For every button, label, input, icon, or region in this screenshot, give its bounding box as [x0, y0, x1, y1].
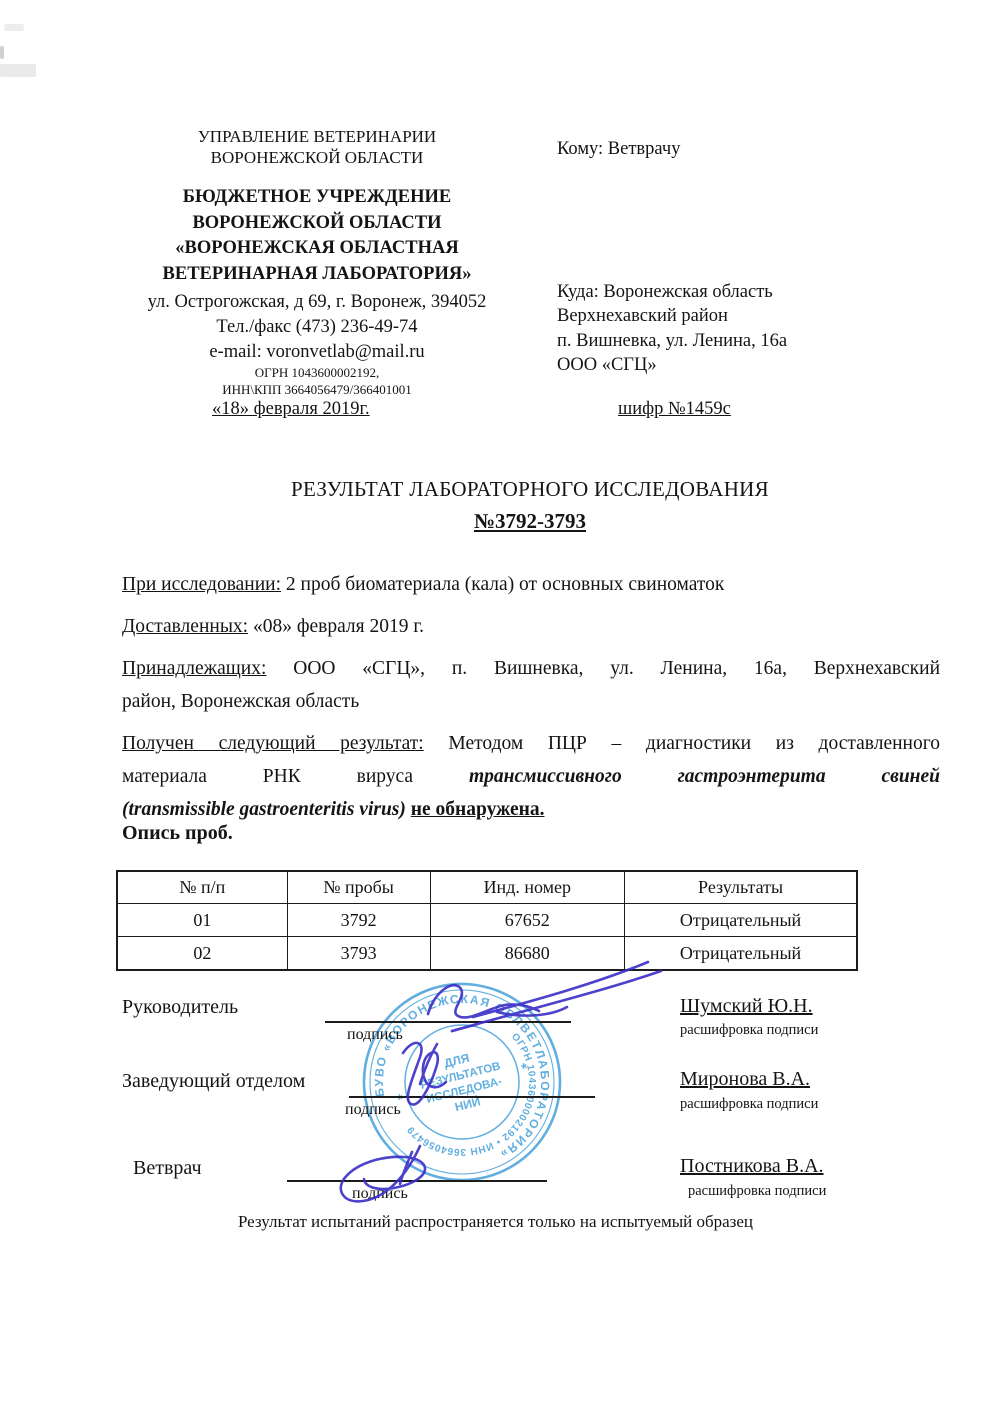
scan-artifact: [0, 46, 4, 59]
cell-ind: 86680: [430, 937, 625, 971]
organization-name: БЮДЖЕТНОЕ УЧРЕЖДЕНИЕ ВОРОНЕЖСКОЙ ОБЛАСТИ…: [112, 185, 522, 287]
result-label: Получен следующий результат:: [122, 733, 424, 754]
recipient-address: Куда: Воронежская область Верхнехавский …: [557, 280, 887, 378]
recipient-address-line: п. Вишневка, ул. Ленина, 16а: [557, 329, 887, 354]
org-name-line: ВЕТЕРИНАРНАЯ ЛАБОРАТОРИЯ»: [112, 262, 522, 288]
samples-heading: Опись проб.: [122, 822, 233, 845]
belongs-paragraph: Принадлежащих: ООО «СГЦ», п. Вишневка, у…: [122, 652, 940, 718]
research-label: При исследовании:: [122, 574, 281, 595]
phone-fax: Тел./факс (473) 236-49-74: [112, 315, 522, 340]
result-text1: Методом ПЦР – диагностики из доставленно…: [448, 733, 940, 754]
cell-result: Отрицательный: [625, 904, 857, 937]
signature-line: [349, 1096, 595, 1098]
cell-sample: 3793: [287, 937, 430, 971]
virus-name-ru: трансмиссивного гастроэнтерита свиней: [469, 766, 940, 787]
cell-num: 01: [117, 904, 287, 937]
belongs-line2: район, Воронежская область: [122, 685, 940, 718]
delivered-text: «08» февраля 2019 г.: [253, 616, 424, 637]
samples-table: № п/п № пробы Инд. номер Результаты 01 3…: [116, 870, 858, 971]
signature-line: [287, 1180, 547, 1182]
col-header-sample: № пробы: [287, 871, 430, 904]
recipient-address-line: ООО «СГЦ»: [557, 353, 887, 378]
col-header-result: Результаты: [625, 871, 857, 904]
recipient-address-line: Куда: Воронежская область: [557, 280, 887, 305]
recipient-to: Кому: Ветврачу: [557, 137, 887, 162]
signer-name: Миронова В.А.: [680, 1068, 810, 1091]
result-verdict: не обнаружена.: [411, 799, 545, 820]
recipient-address-line: Верхнехавский район: [557, 304, 887, 329]
cell-ind: 67652: [430, 904, 625, 937]
research-text: 2 проб биоматериала (кала) от основных с…: [286, 574, 724, 595]
cell-sample: 3792: [287, 904, 430, 937]
cipher-number: шифр №1459с: [612, 399, 737, 420]
belongs-text1: ООО «СГЦ», п. Вишневка, ул. Ленина, 16а,…: [293, 658, 940, 679]
belongs-label: Принадлежащих:: [122, 658, 266, 679]
scan-artifact: [4, 24, 24, 31]
col-header-num: № п/п: [117, 871, 287, 904]
signature-caption: подпись: [345, 1101, 401, 1119]
email: e-mail: voronvetlab@mail.ru: [112, 340, 522, 365]
cell-num: 02: [117, 937, 287, 971]
scan-artifact: [0, 64, 36, 77]
signature-decode-label: расшифровка подписи: [680, 1022, 818, 1039]
org-name-line: ВОРОНЕЖСКОЙ ОБЛАСТИ: [112, 211, 522, 237]
document-title: РЕЗУЛЬТАТ ЛАБОРАТОРНОГО ИССЛЕДОВАНИЯ №37…: [65, 477, 991, 534]
table-header-row: № п/п № пробы Инд. номер Результаты: [117, 871, 857, 904]
title-text: РЕЗУЛЬТАТ ЛАБОРАТОРНОГО ИССЛЕДОВАНИЯ: [65, 477, 991, 502]
result-line3: (transmissible gastroenteritis virus) не…: [122, 793, 940, 826]
signature-role: Ветврач: [133, 1157, 202, 1180]
delivered-paragraph: Доставленных: «08» февраля 2019 г.: [122, 610, 940, 643]
research-paragraph: При исследовании: 2 проб биоматериала (к…: [122, 568, 940, 601]
org-name-line: «ВОРОНЕЖСКАЯ ОБЛАСТНАЯ: [112, 236, 522, 262]
inn-kpp: ИНН\КПП 3664056479/366401001: [112, 382, 522, 399]
authority-line: УПРАВЛЕНИЕ ВЕТЕРИНАРИИ: [112, 126, 522, 147]
street-address: ул. Острогожская, д 69, г. Воронеж, 3940…: [112, 290, 522, 315]
contact-block: ул. Острогожская, д 69, г. Воронеж, 3940…: [112, 290, 522, 398]
col-header-ind: Инд. номер: [430, 871, 625, 904]
authority-name: УПРАВЛЕНИЕ ВЕТЕРИНАРИИ ВОРОНЕЖСКОЙ ОБЛАС…: [112, 126, 522, 168]
table-row: 01 3792 67652 Отрицательный: [117, 904, 857, 937]
signature-decode-label: расшифровка подписи: [680, 1096, 818, 1113]
signature-decode-label: расшифровка подписи: [688, 1183, 826, 1200]
round-stamp: БУВО «ВОРОНЕЖСКАЯ ОБЛВЕТЛАБОРАТОРИЯ» ОГР…: [352, 972, 572, 1192]
signer-name: Шумский Ю.Н.: [680, 995, 813, 1018]
result-paragraph: Получен следующий результат: Методом ПЦР…: [122, 727, 940, 826]
table-row: 02 3793 86680 Отрицательный: [117, 937, 857, 971]
document-body: При исследовании: 2 проб биоматериала (к…: [122, 568, 940, 835]
signature-caption: подпись: [347, 1026, 403, 1044]
signature-line: [325, 1021, 571, 1023]
title-number: №3792-3793: [65, 509, 991, 534]
org-name-line: БЮДЖЕТНОЕ УЧРЕЖДЕНИЕ: [112, 185, 522, 211]
recipient-block: Кому: Ветврачу Куда: Воронежская область…: [557, 137, 887, 378]
authority-line: ВОРОНЕЖСКОЙ ОБЛАСТИ: [112, 147, 522, 168]
result-text2: материала РНК вируса: [122, 766, 413, 787]
letterhead: УПРАВЛЕНИЕ ВЕТЕРИНАРИИ ВОРОНЕЖСКОЙ ОБЛАС…: [112, 126, 522, 398]
result-line1: Получен следующий результат: Методом ПЦР…: [122, 727, 940, 760]
signature-role: Заведующий отделом: [122, 1070, 305, 1093]
virus-name-en: (transmissible gastroenteritis virus): [122, 799, 406, 820]
result-line2: материала РНК вируса трансмиссивного гас…: [122, 760, 940, 793]
belongs-line1: Принадлежащих: ООО «СГЦ», п. Вишневка, у…: [122, 652, 940, 685]
ogrn: ОГРН 1043600002192,: [112, 365, 522, 382]
cell-result: Отрицательный: [625, 937, 857, 971]
footer-note: Результат испытаний распространяется тол…: [0, 1212, 991, 1232]
delivered-label: Доставленных:: [122, 616, 248, 637]
signature-role: Руководитель: [122, 996, 238, 1019]
signature-caption: подпись: [352, 1185, 408, 1203]
signer-name: Постникова В.А.: [680, 1155, 824, 1178]
document-date: «18» февраля 2019г.: [212, 399, 370, 420]
